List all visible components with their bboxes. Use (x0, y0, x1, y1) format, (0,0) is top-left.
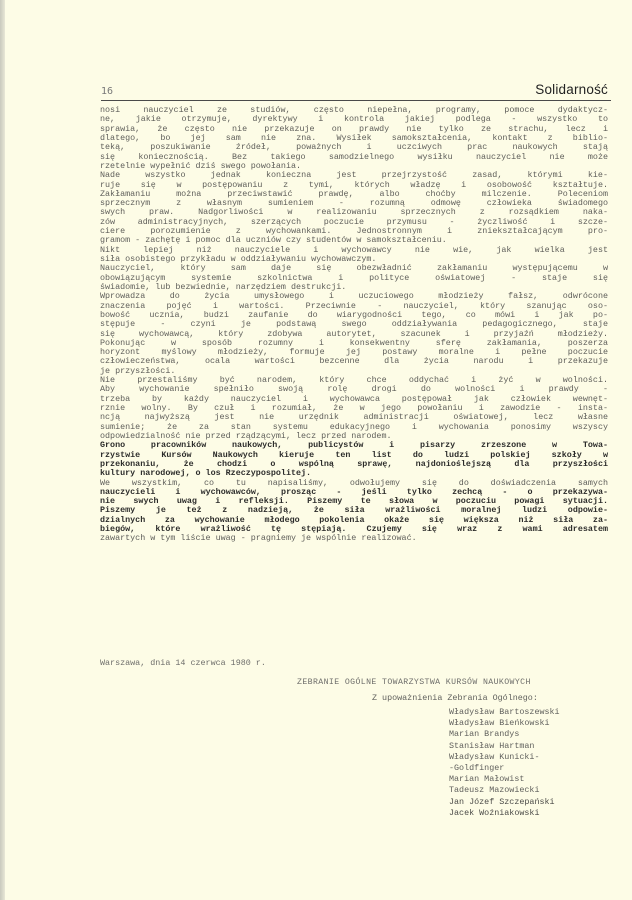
text-line: znaczenia pojęć i wartości. Przeciwnie -… (100, 302, 608, 311)
signer-name: Marian Małowist (449, 774, 560, 785)
text-line: się koniecznością. Bez takiego samodziel… (100, 153, 608, 162)
letter-body: nosi nauczyciel ze studiów, często niepe… (100, 106, 608, 544)
signer-name: Władysław Bartoszewski (449, 707, 560, 718)
signer-name: Władysław Bieńkowski (449, 718, 560, 729)
text-line: ciere porozumienie z wychowankami. Jedno… (100, 227, 608, 236)
text-line: siła osobistego przykładu w oddziaływani… (100, 255, 608, 264)
text-line: sumienie; że za stan systemu edukacyjneg… (100, 423, 608, 432)
text-line: je przyszłości. (100, 367, 608, 376)
text-line: nauczycieli i wychowawców, prosząc - jeś… (100, 488, 608, 497)
page-number: 16 (101, 86, 113, 97)
text-line: gramom - zachętę i pomoc dla uczniów czy… (100, 236, 608, 245)
text-line: Grono pracowników naukowych, publicystów… (100, 441, 608, 450)
signer-name: -Goldfinger (449, 763, 560, 774)
text-line: Nikt lepiej niż nauczyciele i wychowawcy… (100, 246, 608, 255)
text-line: nie swych uwag i refleksji. Piszemy te s… (100, 497, 608, 506)
signer-name: Jacek Woźniakowski (449, 808, 560, 819)
text-line: stępuje - czyni je podstawą swego oddzia… (100, 320, 608, 329)
text-line: obowiązującym systemie szkolnictwa i pol… (100, 274, 608, 283)
signer-name: Tadeusz Mazowiecki (449, 785, 560, 796)
masthead-title: Solidarność (535, 82, 608, 97)
text-line: We wszystkim, co tu napisaliśmy, odwołuj… (100, 479, 608, 488)
text-line: dlatego, bo jej sam nie zna. Wysiłek sam… (100, 134, 608, 143)
signer-name: Władysław Kunicki- (449, 752, 560, 763)
text-line: Nie przestaliśmy być narodem, który chce… (100, 376, 608, 385)
text-line: człowieczeństwa, ocala wartości bezcenne… (100, 357, 608, 366)
signers-list: Władysław BartoszewskiWładysław Bieńkows… (449, 707, 560, 819)
signer-name: Jan Józef Szczepański (449, 797, 560, 808)
authorization-line: Z upoważnienia Zebrania Ogólnego: (372, 693, 538, 703)
text-line: horyzont myślowy młodzieży, formuje jej … (100, 348, 608, 357)
text-line: trzeba by każdy nauczyciel i wychowawca … (100, 395, 608, 404)
signer-name: Stanisław Hartman (449, 741, 560, 752)
text-line: rzystwie Kursów Naukowych kieruje ten li… (100, 451, 608, 460)
text-line: swych praw. Nadgorliwości w realizowaniu… (100, 208, 608, 217)
text-line: Aby wychowanie spełniło swoją rolę drogi… (100, 385, 608, 394)
text-line: rznie wolny. By czuł i rozumiał, że w je… (100, 404, 608, 413)
text-line: kultury narodowej, o los Rzeczypospolite… (100, 469, 608, 478)
scan-edge (0, 0, 5, 900)
text-line: dzialnych za wychowanie młodego pokoleni… (100, 516, 608, 525)
text-line: sprawia, że często nie przekazuje on pra… (100, 125, 608, 134)
text-line: bowość ucznia, budzi zaufanie do wiarygo… (100, 311, 608, 320)
text-line: biegów, które wrażliwość tę stępiają. Cz… (100, 525, 608, 534)
text-line: rzetelnie wypełnić dziś swego powołania. (100, 162, 608, 171)
signer-name: Marian Brandys (449, 729, 560, 740)
text-line: się wychowawcą, który zdobywa autorytet,… (100, 330, 608, 339)
text-line: ne, jakie otrzymuje, dyrektywy i kontrol… (100, 115, 608, 124)
text-line: Nauczyciel, który sam daje się obezwładn… (100, 264, 608, 273)
text-line: zawartych w tym liście uwag - pragniemy … (100, 534, 608, 543)
text-line: Wprowadza do życia umysłowego i uczuciow… (100, 292, 608, 301)
text-line: zów administracyjnych, szerzących poczuc… (100, 218, 608, 227)
signatory-organization: ZEBRANIE OGÓLNE TOWARZYSTWA KURSÓW NAUKO… (297, 678, 531, 687)
text-line: ncją najwyższą jest nie urzędnik adminis… (100, 413, 608, 422)
text-line: Zakłamaniu można przeciwstawić prawdę, a… (100, 190, 608, 199)
text-line: teką, poszukiwanie źródeł, poważnych i u… (100, 143, 608, 152)
text-line: Pokonując w sposób rozumny i konsekwentn… (100, 339, 608, 348)
text-line: nosi nauczyciel ze studiów, często niepe… (100, 106, 608, 115)
text-line: przekonaniu, że chodzi o wspólną sprawę,… (100, 460, 608, 469)
text-line: Nade wszystko jednak konieczna jest prze… (100, 171, 608, 180)
header-rule (101, 100, 611, 101)
dateline: Warszawa, dnia 14 czerwca 1980 r. (100, 658, 266, 668)
text-line: odpowiedzialność nie przed rządzącymi, l… (100, 432, 608, 441)
text-line: ruje się w postępowaniu z tymi, których … (100, 181, 608, 190)
text-line: Piszemy je też z nadzieją, że siła wrażl… (100, 506, 608, 515)
text-line: sprzecznym z własnym sumieniem - rozumną… (100, 199, 608, 208)
text-line: świadomie, lub bezwiednie, narzędziem de… (100, 283, 608, 292)
